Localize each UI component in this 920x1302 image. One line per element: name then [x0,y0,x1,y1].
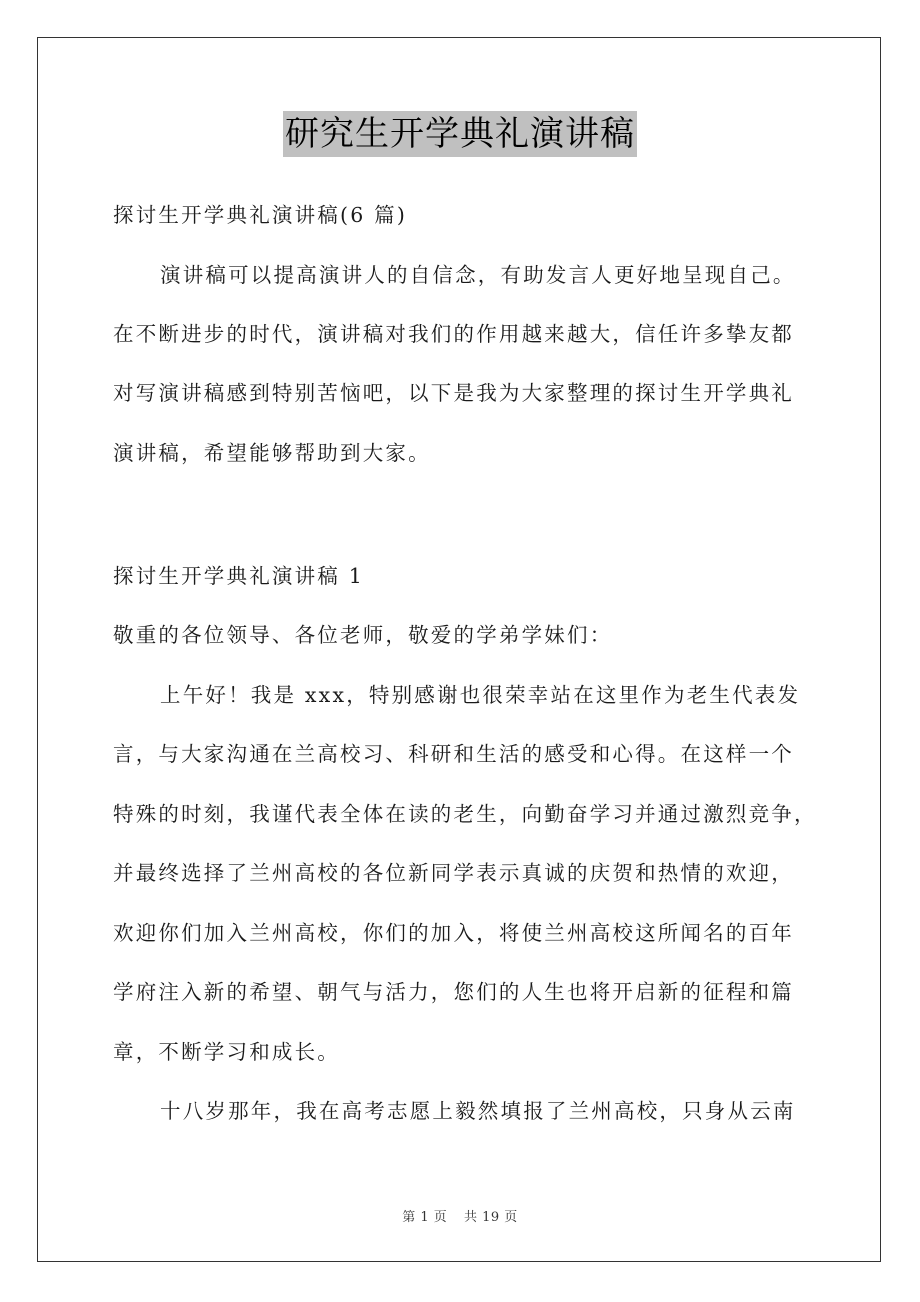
title-container: 研究生开学典礼演讲稿 [0,111,920,157]
body-line: 上午好！我是 xxx，特别感谢也很荣幸站在这里作为老生代表发 [160,681,800,709]
body-line: 特殊的时刻，我谨代表全体在读的老生，向勤奋学习并通过激烈竞争， [113,800,817,828]
body-line: 并最终选择了兰州高校的各位新同学表示真诚的庆贺和热情的欢迎， [113,859,794,887]
intro-line: 演讲稿，希望能够帮助到大家。 [113,439,431,467]
intro-line: 演讲稿可以提高演讲人的自信念，有助发言人更好地呈现自己。 [160,261,796,289]
document-title: 研究生开学典礼演讲稿 [283,111,637,157]
body-line: 十八岁那年，我在高考志愿上毅然填报了兰州高校，只身从云南 [160,1097,796,1125]
intro-line: 对写演讲稿感到特别苦恼吧，以下是我为大家整理的探讨生开学典礼 [113,379,794,407]
page-footer: 第 1 页 共 19 页 [0,1206,920,1225]
body-line: 学府注入新的希望、朝气与活力，您们的人生也将开启新的征程和篇 [113,978,794,1006]
intro-line: 在不断进步的时代，演讲稿对我们的作用越来越大，信任许多挚友都 [113,320,794,348]
body-line: 言，与大家沟通在兰高校习、科研和生活的感受和心得。在这样一个 [113,740,794,768]
salutation: 敬重的各位领导、各位老师，敬爱的学弟学妹们： [113,621,612,649]
total-page-count: 共 19 页 [464,1210,518,1225]
section-heading: 探讨生开学典礼演讲稿 1 [113,562,364,590]
current-page-number: 第 1 页 [402,1210,447,1225]
body-line: 欢迎你们加入兰州高校，你们的加入，将使兰州高校这所闻名的百年 [113,919,794,947]
body-line: 章，不断学习和成长。 [113,1038,340,1066]
document-subtitle: 探讨生开学典礼演讲稿(6 篇) [113,201,407,229]
